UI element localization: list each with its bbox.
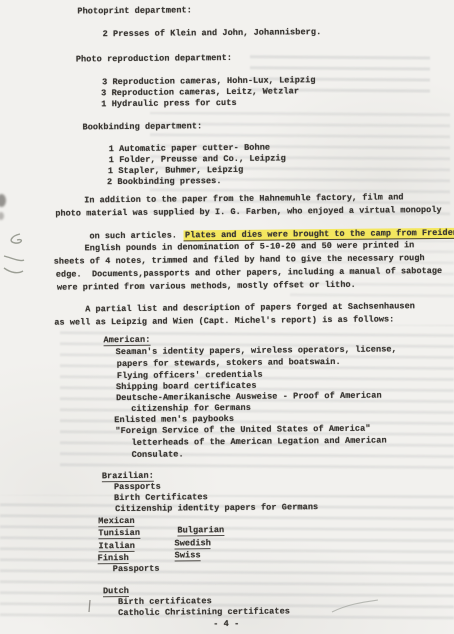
list-intro-line: as well as Leipzig and Wien (Capt. Miche… [54,314,394,327]
american-item: papers for stewards, stokers and boatswa… [117,357,341,369]
american-item: "Foreign Service of the United States of… [115,424,370,436]
dutch-item: Birth certificates [118,596,212,607]
bookbinding-item: 2 Bookbinding presses. [107,176,222,187]
brazilian-item: Birth Certificates [114,492,208,503]
scanned-document-page: Photoprint department: 2 Presses of Klei… [0,0,454,634]
pounds-paragraph-line: were printed from various methods, mostl… [57,280,356,293]
bookbinding-item: 1 Automatic paper cutter- Bohne [109,143,271,155]
american-item: citizenship for Germans [131,403,251,414]
american-item: letterheads of the American Legation and… [131,435,386,447]
photo-reproduction-item: 1 Hydraulic press for cuts [101,98,236,109]
bookbinding-department-heading: Bookbinding department: [82,121,202,132]
supply-paragraph-line: photo material was supplied by I. G. Far… [55,205,441,219]
supply-paragraph-plain-text: on such articles. [89,230,177,241]
country-label-italian: Italian [98,541,135,552]
american-item: Flying officers' credentials [117,370,263,381]
bookbinding-item: 1 Folder, Preusse and Co., Leipzig [109,153,286,165]
country-label-mexican: Mexican [98,516,135,527]
american-item: Consulate. [132,449,184,459]
supply-paragraph-line: In addition to the paper from the Hahnem… [84,192,403,205]
american-section-heading: American: [103,335,150,346]
dutch-item: Catholic Christining certificates [118,606,290,618]
photoprint-department-heading: Photoprint department: [77,5,192,16]
country-columns-passports: Passports [113,564,160,574]
typewritten-text-block: Photoprint department: 2 Presses of Klei… [0,0,454,634]
photo-reproduction-department-heading: Photo reproduction department: [76,53,232,64]
american-item: Seaman's identity papers, wireless opera… [116,344,397,357]
dutch-section-heading: Dutch [103,586,129,597]
brazilian-section-heading: Brazilian: [102,471,154,482]
pounds-paragraph-line: English pounds in denomination of 5-10-2… [85,240,415,253]
country-label-swedish: Swedish [174,538,211,549]
list-intro-line: A partial list and description of papers… [85,301,415,314]
country-label-finish: Finish [98,553,129,564]
photo-reproduction-item: 3 Reproduction cameras, Hohn-Lux, Leipzi… [102,75,316,87]
country-label-bulgarian: Bulgarian [177,525,224,536]
pounds-paragraph-line: edge. Documents,passports and other pape… [56,266,442,280]
country-label-tunisian: Tunisian [98,528,140,539]
page-number: - 4 - [213,619,239,629]
american-item: Deutsche-Amerikanische Ausweise - Proof … [116,391,382,404]
brazilian-item: Passports [114,482,161,492]
pounds-paragraph-line: sheets of 4 notes, trimmed and filed by … [54,253,425,267]
country-label-swiss: Swiss [175,550,201,561]
photoprint-item: 2 Presses of Klein and John, Johannisber… [103,27,322,39]
bookbinding-item: 1 Stapler, Buhmer, Leipzig [108,165,243,176]
american-item: Enlisted men's paybooks [114,414,234,425]
brazilian-item: Citizenship identity papers for Germans [115,502,318,514]
photo-reproduction-item: 3 Reproduction cameras, Leitz, Wetzlar [101,86,299,98]
american-item: Shipping board certificates [116,381,257,392]
